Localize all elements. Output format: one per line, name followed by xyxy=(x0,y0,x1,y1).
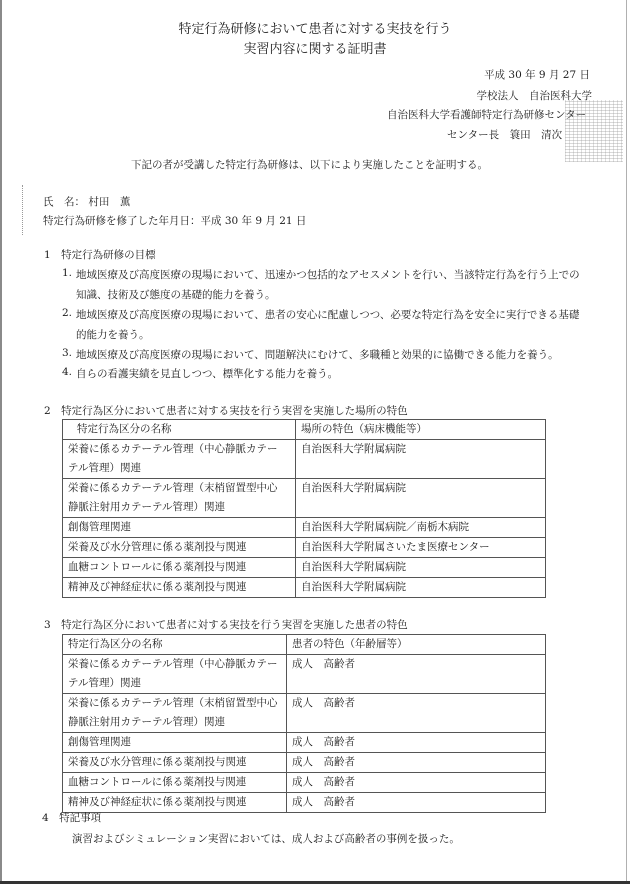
table-row: 創傷管理関連 自治医科大学附属病院／南栃木病院 xyxy=(63,518,546,538)
goal-2-num: 2. xyxy=(62,307,72,319)
column-header: 場所の特色（病床機能等） xyxy=(296,420,546,440)
location-cell: 自治医科大学附属病院 xyxy=(296,479,546,518)
patient-cell: 成人 高齢者 xyxy=(287,655,546,694)
completion-date: 平成 30 年 9 月 21 日 xyxy=(201,215,307,227)
patient-cell: 成人 高齢者 xyxy=(287,793,546,813)
location-cell: 自治医科大学附属病院／南栃木病院 xyxy=(296,518,546,538)
section3-heading: 3 特定行為区分において患者に対する実技を行う実習を実施した患者の特色 xyxy=(44,617,408,632)
location-cell: 自治医科大学附属さいたま医療センター xyxy=(296,538,546,558)
table-row: 栄養に係るカテーテル管理（末梢留置型中心静脈注射用カテーテル管理）関連 自治医科… xyxy=(63,479,546,518)
category-cell: 血糖コントロールに係る薬剤投与関連 xyxy=(63,773,287,793)
goal-4-num: 4. xyxy=(62,366,72,378)
section2-heading: 2 特定行為区分において患者に対する実技を行う実習を実施した場所の特色 xyxy=(44,403,408,418)
category-cell: 栄養に係るカテーテル管理（中心静脈カテーテル管理）関連 xyxy=(63,440,296,479)
table-row: 創傷管理関連 成人 高齢者 xyxy=(63,733,546,753)
goal-3-num: 3. xyxy=(62,347,72,359)
goal-1-num: 1. xyxy=(62,267,72,279)
issue-date: 平成 30 年 9 月 27 日 xyxy=(484,67,590,82)
category-cell: 創傷管理関連 xyxy=(63,518,296,538)
location-table: 特定行為区分の名称 場所の特色（病床機能等） 栄養に係るカテーテル管理（中心静脈… xyxy=(62,419,546,598)
patient-cell: 成人 高齢者 xyxy=(287,773,546,793)
name-label: 氏 名： xyxy=(43,196,85,208)
name-row: 氏 名： 村田 薫 xyxy=(43,194,130,209)
goal-1-line1: 地域医療及び高度医療の現場において、迅速かつ包括的なアセスメントを行い、当該特定… xyxy=(76,267,580,282)
location-cell: 自治医科大学附属病院 xyxy=(296,440,546,479)
goal-1-line2: 知識、技術及び態度の基礎的能力を養う。 xyxy=(76,287,276,302)
table-header-row: 特定行為区分の名称 患者の特色（年齢層等） xyxy=(63,635,546,655)
page-border-left xyxy=(0,0,2,884)
name-value: 村田 薫 xyxy=(88,196,130,208)
document-title-line1: 特定行為研修において患者に対する実技を行う xyxy=(0,18,630,37)
issuer-center: 自治医科大学看護師特定行為研修センター xyxy=(387,107,586,122)
table-header-row: 特定行為区分の名称 場所の特色（病床機能等） xyxy=(63,420,546,440)
location-cell: 自治医科大学附属病院 xyxy=(296,558,546,578)
section4-heading: 4 特記事項 xyxy=(42,810,101,825)
table-row: 栄養及び水分管理に係る薬剤投与関連 成人 高齢者 xyxy=(63,753,546,773)
special-notes-body: 演習およびシミュレーション実習においては、成人および高齢者の事例を扱った。 xyxy=(72,831,460,846)
category-cell: 創傷管理関連 xyxy=(63,733,287,753)
table-row: 精神及び神経症状に係る薬剤投与関連 自治医科大学附属病院 xyxy=(63,578,546,598)
category-cell: 栄養に係るカテーテル管理（末梢留置型中心静脈注射用カテーテル管理）関連 xyxy=(63,694,287,733)
margin-mark xyxy=(22,185,25,235)
category-cell: 栄養に係るカテーテル管理（中心静脈カテーテル管理）関連 xyxy=(63,655,287,694)
column-header: 特定行為区分の名称 xyxy=(63,420,296,440)
patient-cell: 成人 高齢者 xyxy=(287,733,546,753)
goal-4-line1: 自らの看護実績を見直しつつ、標準化する能力を養う。 xyxy=(76,366,338,381)
category-cell: 栄養及び水分管理に係る薬剤投与関連 xyxy=(63,538,296,558)
patient-table: 特定行為区分の名称 患者の特色（年齢層等） 栄養に係るカテーテル管理（中心静脈カ… xyxy=(62,634,546,813)
certification-statement: 下記の者が受講した特定行為研修は、以下により実施したことを証明する。 xyxy=(131,157,488,172)
goal-3-line1: 地域医療及び高度医療の現場において、問題解決にむけて、多職種と効果的に協働できる… xyxy=(76,347,559,362)
column-header: 特定行為区分の名称 xyxy=(63,635,287,655)
category-cell: 精神及び神経症状に係る薬剤投与関連 xyxy=(63,578,296,598)
completion-label: 特定行為研修を修了した年月日： xyxy=(43,215,201,227)
table-row: 血糖コントロールに係る薬剤投与関連 成人 高齢者 xyxy=(63,773,546,793)
issuer-person: センター長 簑田 清次 xyxy=(447,127,562,142)
table-row: 栄養及び水分管理に係る薬剤投与関連 自治医科大学附属さいたま医療センター xyxy=(63,538,546,558)
patient-cell: 成人 高齢者 xyxy=(287,694,546,733)
official-seal-stamp xyxy=(565,100,623,162)
table-row: 栄養に係るカテーテル管理（末梢留置型中心静脈注射用カテーテル管理）関連 成人 高… xyxy=(63,694,546,733)
table-row: 血糖コントロールに係る薬剤投与関連 自治医科大学附属病院 xyxy=(63,558,546,578)
goal-2-line1: 地域医療及び高度医療の現場において、患者の安心に配慮しつつ、必要な特定行為を安全… xyxy=(76,307,579,322)
column-header: 患者の特色（年齢層等） xyxy=(287,635,546,655)
location-cell: 自治医科大学附属病院 xyxy=(296,578,546,598)
table-row: 栄養に係るカテーテル管理（中心静脈カテーテル管理）関連 自治医科大学附属病院 xyxy=(63,440,546,479)
section1-heading: 1 特定行為研修の目標 xyxy=(44,247,156,262)
completion-row: 特定行為研修を修了した年月日：平成 30 年 9 月 21 日 xyxy=(43,213,306,228)
category-cell: 血糖コントロールに係る薬剤投与関連 xyxy=(63,558,296,578)
category-cell: 栄養に係るカテーテル管理（末梢留置型中心静脈注射用カテーテル管理）関連 xyxy=(63,479,296,518)
goal-2-line2: 的能力を養う。 xyxy=(76,327,150,342)
table-row: 栄養に係るカテーテル管理（中心静脈カテーテル管理）関連 成人 高齢者 xyxy=(63,655,546,694)
category-cell: 栄養及び水分管理に係る薬剤投与関連 xyxy=(63,753,287,773)
patient-cell: 成人 高齢者 xyxy=(287,753,546,773)
document-title-line2: 実習内容に関する証明書 xyxy=(0,38,630,57)
table-row: 精神及び神経症状に係る薬剤投与関連 成人 高齢者 xyxy=(63,793,546,813)
page-border-right xyxy=(626,0,627,884)
